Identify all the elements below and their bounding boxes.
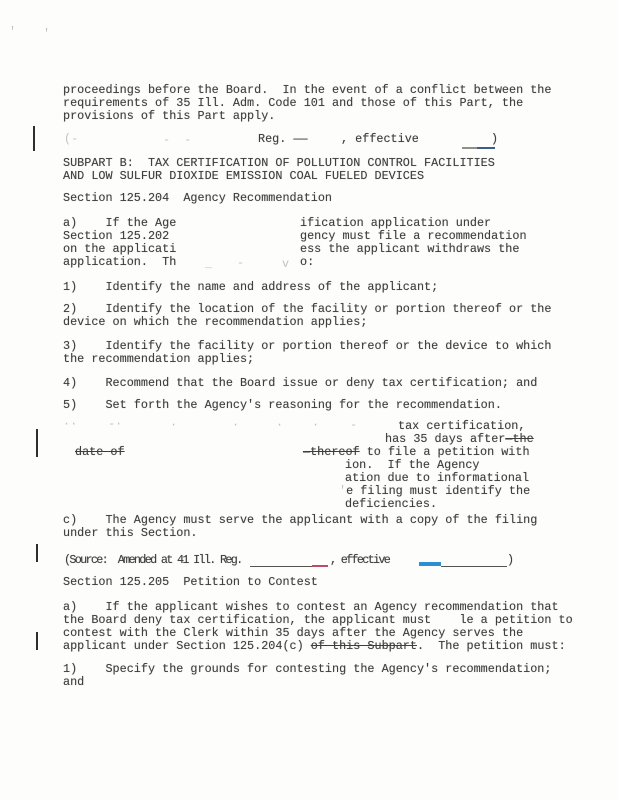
text-line: ) [507,554,514,567]
faint-text: (- [64,132,78,146]
text-segment: . The petition must: [417,639,566,653]
text-segment: Section 125.202 [63,229,169,243]
faint-text: _ [205,257,212,271]
text-segment: SUBPART B: TAX CERTIFICATION OF POLLUTIO… [63,156,495,170]
text-segment: tax certification, [398,419,525,433]
text-segment: , effective [330,553,389,567]
text-line: _ [205,258,212,271]
text-line: (Source: Amended at 41 Ill. Reg. [64,554,242,567]
text-line: provisions of this Part apply. [63,110,275,123]
text-segment: applicant under Section 125.204(c) [63,639,311,653]
text-segment: 3) Identify the facility or portion ther… [63,339,551,353]
faint-text: -· [108,417,122,431]
text-line: 5) Set forth the Agency's reasoning for … [63,399,502,412]
text-line: - [350,419,357,432]
text-segment: proceedings before the Board. In the eve… [63,83,551,97]
blue-highlight-mark [419,562,441,566]
text-line: ess the applicant withdraws the [300,243,519,256]
struck-text: —the [505,432,533,446]
faint-text: · [276,418,283,432]
text-segment: (Source: Amended at 41 Ill. Reg. [64,553,242,567]
text-segment: the recommendation applies; [63,352,254,366]
text-line: · [312,419,319,432]
text-line: Section 125.205 Petition to Contest [63,576,318,589]
text-line: · [232,419,239,432]
faint-text: - - [163,133,191,147]
text-line: o: [300,256,314,269]
text-segment: device on which the recommendation appli… [63,315,367,329]
faint-text: v [282,257,289,271]
text-segment: ) [507,553,514,567]
text-segment: ion. If the Agency [345,458,480,472]
source-effective-blank-underline [441,566,507,567]
text-segment: Reg. —— [258,132,308,146]
effective-blank-underline-gray [462,147,478,149]
text-segment: the Board deny tax certification, the ap… [63,613,573,627]
text-line: 4) Recommend that the Board issue or den… [63,377,537,390]
text-segment: c) The Agency must serve the applicant w… [63,513,537,527]
text-line: , effective [341,133,419,146]
text-segment: ification application under [300,216,491,230]
text-line: 1) Identify the name and address of the … [63,281,438,294]
text-segment: o: [300,255,314,269]
faint-text: · [312,418,319,432]
faint-text: - [237,256,244,270]
faint-text: ' [9,25,16,39]
text-segment: 5) Set forth the Agency's reasoning for … [63,398,502,412]
text-segment: a) If the Age [63,216,176,230]
text-line: under this Section. [63,527,198,540]
text-line: (- [64,133,78,146]
text-line: the recommendation applies; [63,353,254,366]
text-segment: ation due to informational [345,471,529,485]
text-segment: e filing must identify the [346,484,530,498]
text-line: · [276,419,283,432]
text-segment: AND LOW SULFUR DIOXIDE EMISSION COAL FUE… [63,169,424,183]
text-line: · [170,419,177,432]
text-line: v [282,258,289,271]
faint-text: · [170,418,177,432]
text-segment: has 35 days after [385,432,505,446]
red-pen-mark [312,565,328,567]
text-line: date of [75,446,125,459]
text-segment: under this Section. [63,526,198,540]
text-segment: to file a petition with [360,445,530,459]
struck-text: of this Subpart [311,639,417,653]
text-segment: and [63,675,84,689]
struck-text: —thereof [303,445,360,459]
faint-text: - [350,418,357,432]
scanned-document-page: ''proceedings before the Board. In the e… [0,0,618,800]
text-segment: ) [491,132,498,146]
change-bar [36,429,38,457]
text-line: ' [43,28,50,41]
text-segment: 1) Identify the name and address of the … [63,280,438,294]
text-segment: 2) Identify the location of the facility… [63,302,551,316]
text-line: ·· [63,418,77,431]
faint-text: · [232,418,239,432]
text-line: Reg. —— [258,133,308,146]
text-line: AND LOW SULFUR DIOXIDE EMISSION COAL FUE… [63,170,424,183]
text-segment: Section 125.205 Petition to Contest [63,575,318,589]
text-line: and [63,676,84,689]
faint-text: ' [43,27,50,41]
text-line: ) [491,133,498,146]
text-segment: contest with the Clerk within 35 days af… [63,626,523,640]
text-line: deficiencies. [345,498,437,511]
text-line: - - [163,134,191,147]
text-line: -· [108,418,122,431]
text-segment: Section 125.204 Agency Recommendation [63,191,332,205]
effective-blank-underline-blue [477,147,495,149]
text-line: application. Th [63,256,176,269]
source-reg-blank-underline [250,566,312,567]
text-line: ' [9,26,16,39]
text-segment: , effective [341,132,419,146]
text-segment: requirements of 35 Ill. Adm. Code 101 an… [63,96,523,110]
struck-text: date of [75,445,125,459]
text-segment: a) If the applicant wishes to contest an… [63,600,559,614]
text-segment: deficiencies. [345,497,437,511]
text-line: device on which the recommendation appli… [63,316,367,329]
text-segment: application. Th [63,255,176,269]
text-line: Section 125.204 Agency Recommendation [63,192,332,205]
text-line: , effective [330,554,389,567]
change-bar [33,126,35,151]
change-bar [36,632,38,650]
text-segment: 4) Recommend that the Board issue or den… [63,376,537,390]
change-bar [36,544,38,562]
text-line: 1) Specify the grounds for contesting th… [63,663,551,676]
text-segment: on the applicati [63,242,176,256]
text-segment: provisions of this Part apply. [63,109,275,123]
text-segment: gency must file a recommendation [300,229,527,243]
text-segment: ess the applicant withdraws the [300,242,519,256]
text-segment: 1) Specify the grounds for contesting th… [63,662,551,676]
text-line: applicant under Section 125.204(c) of th… [63,640,566,653]
faint-text: ·· [63,417,77,431]
text-line: - [237,257,244,270]
